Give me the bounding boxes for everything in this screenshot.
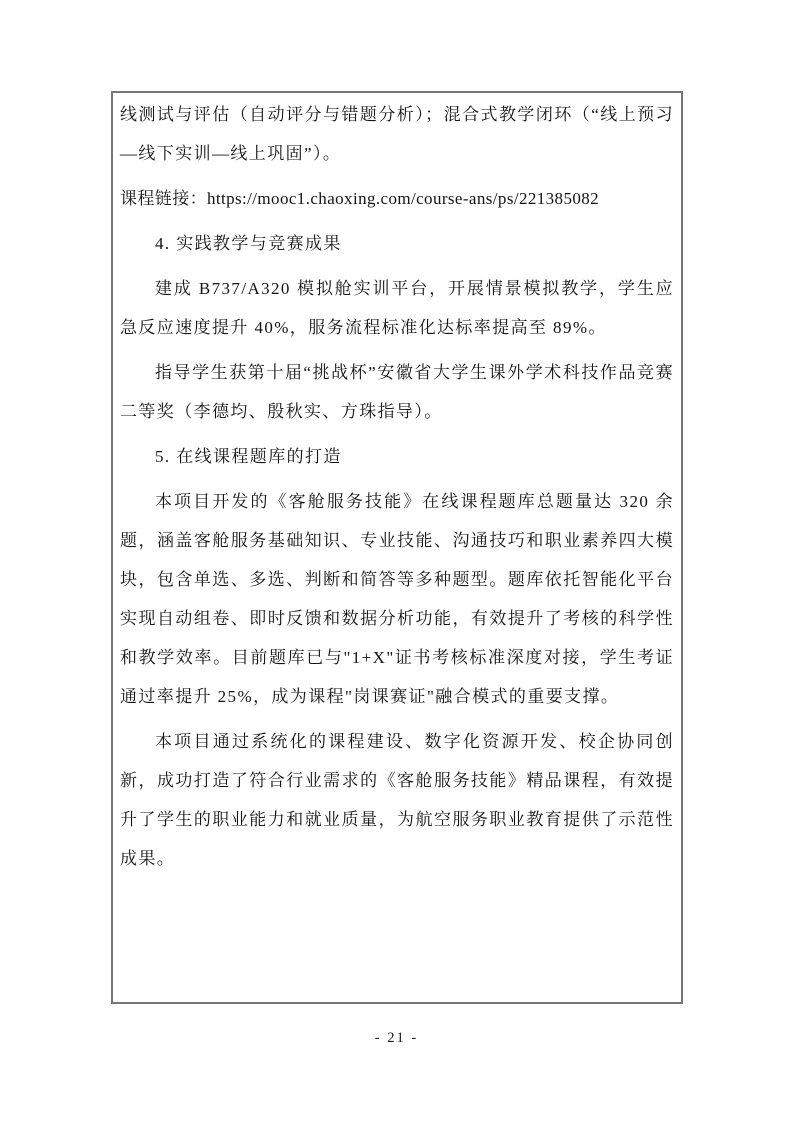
heading-section-4-practice-competition: 4. 实践教学与竞赛成果	[120, 224, 674, 263]
paragraph-challenge-cup-award: 指导学生获第十届“挑战杯”安徽省大学生课外学术科技作品竞赛二等奖（李德均、殷秋实…	[120, 353, 674, 431]
course-link-url[interactable]: https://mooc1.chaoxing.com/course-ans/ps…	[207, 189, 599, 208]
heading-section-5-question-bank: 5. 在线课程题库的打造	[120, 437, 674, 476]
paragraph-project-summary: 本项目通过系统化的课程建设、数字化资源开发、校企协同创新，成功打造了符合行业需求…	[120, 722, 674, 878]
paragraph-question-bank-details: 本项目开发的《客舱服务技能》在线课程题库总题量达 320 余题，涵盖客舱服务基础…	[120, 482, 674, 716]
document-page: 线测试与评估（自动评分与错题分析）；混合式教学闭环（“线上预习—线下实训—线上巩…	[0, 0, 793, 1122]
paragraph-blended-teaching-loop: 线测试与评估（自动评分与错题分析）；混合式教学闭环（“线上预习—线下实训—线上巩…	[120, 95, 674, 173]
table-cell-border: 线测试与评估（自动评分与错题分析）；混合式教学闭环（“线上预习—线下实训—线上巩…	[111, 91, 683, 1004]
paragraph-course-link: 课程链接：https://mooc1.chaoxing.com/course-a…	[120, 179, 674, 218]
page-number: - 21 -	[375, 1030, 418, 1046]
page-footer: - 21 -	[0, 1030, 793, 1047]
course-link-label: 课程链接：	[120, 189, 207, 208]
paragraph-simulator-platform: 建成 B737/A320 模拟舱实训平台，开展情景模拟教学，学生应急反应速度提升…	[120, 269, 674, 347]
table-cell-content: 线测试与评估（自动评分与错题分析）；混合式教学闭环（“线上预习—线下实训—线上巩…	[113, 93, 681, 878]
